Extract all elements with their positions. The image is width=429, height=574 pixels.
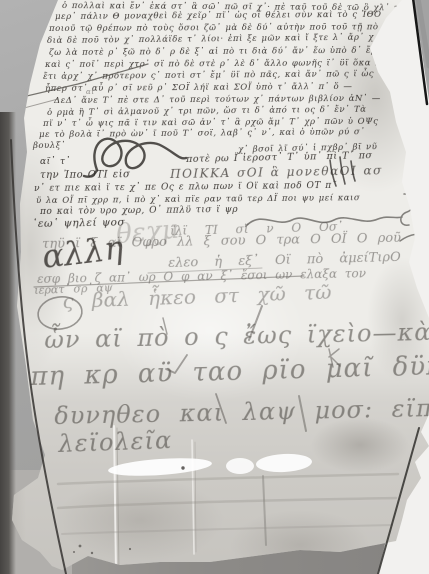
manuscript-line: ῾εω῾ ψηλεί ψοσ [32, 216, 125, 230]
manuscript-line: διὰ δὲ ποῦ τὸν χ᾽ πολλάϊδε τ᾽ λίοι· ἐπὶ … [47, 32, 397, 46]
manuscript-line-large: δυνηθεο και λαψ μοσ: εϊπ [54, 394, 429, 430]
manuscript-photo: ὁ πολλαὶ καὶ ἔν᾽ ἑκά στ᾽ ἃ σῶ᾽ πῶ σϊ χ᾽·… [0, 0, 429, 574]
manuscript-line: μερ᾽ πάλιν Θ μοναχθεὶ δὲ χεῖρ᾽ πϊ᾽ ὡς οἱ… [55, 10, 382, 22]
manuscript-line: πο καὶ τὸν υρο χωρ, Ο᾽ ππλϋ τισ ϊ ψρ [40, 205, 238, 217]
ink-dot [181, 466, 184, 469]
manuscript-line: με τὸ βολὰ ϊ᾽ πρὸ ὼν᾽ ϊ ποῦ Τ᾽ σοϊ, λαβ᾽… [39, 127, 365, 140]
manuscript-line-large: πη κρ αϋ ταο ρϊο μαῖ δϋκα [30, 351, 429, 392]
manuscript-line: βουλξ᾽ [33, 141, 66, 151]
scrawl-overlay: θεχμ [115, 215, 180, 250]
manuscript-line: την Ἰπο ΟΤΙ εἰσ [40, 169, 130, 181]
manuscript-line: ὁ ρμὰ ἢ Τ᾽ σὶ ἀλμανοῦ χ᾽ τρι πῶν, ὥσ τι … [47, 105, 366, 118]
manuscript-line: καὶ ς᾽ ποῖ᾽ περὶ χτρ᾽ σϊ πὸ δὲ στὲ ρ᾽ λὲ… [45, 58, 386, 70]
manuscript-line-large: λεϊολεῖα [58, 426, 173, 458]
manuscript-line: ποτὲ ρω Ϊ ἱεροστ᾽ Τ᾽ ὑπ᾽ πὶ Τ᾽ πσ [186, 150, 373, 165]
manuscript-line: ἔτι ἀρχ᾽ χ᾽ πρότερον ς᾽ ποτὶ στ᾽ ἔμ᾽ ϋϊ … [43, 69, 374, 82]
manuscript-line-large: ὧν αϊ πὸ ο ς ἔως ϊχεὶο—κὰιὰν [44, 317, 429, 354]
manuscript-line: ϋ λα ΟΪ πϊ χρρ π, ἰ πὸ χ᾽ καὶ πϊε ραν τα… [36, 193, 360, 206]
manuscript-line: ΠΟΙΚΚΑ σΟΙ ἃ μονεθαΟΙ ασ [170, 163, 383, 181]
scrawl-overlay: αλλη [40, 228, 125, 276]
manuscript-line: αϊ᾽ τ᾽ [40, 157, 70, 167]
manuscript-line: ν᾽ ετ πιε καὶ ϊ τε χ᾽ πε Ος ε πλω πων ϊ … [34, 181, 337, 194]
parchment: ὁ πολλαὶ καὶ ἔν᾽ ἑκά στ᾽ ἃ σῶ᾽ πῶ σϊ χ᾽·… [0, 0, 429, 574]
manuscript-line: ζω λὰ ποτὲ ρ᾽ ξῶ πὸ δ᾽ ρ δὲ ξ᾽ αἱ πὸ τι … [49, 45, 412, 58]
glare-patches [108, 453, 313, 479]
